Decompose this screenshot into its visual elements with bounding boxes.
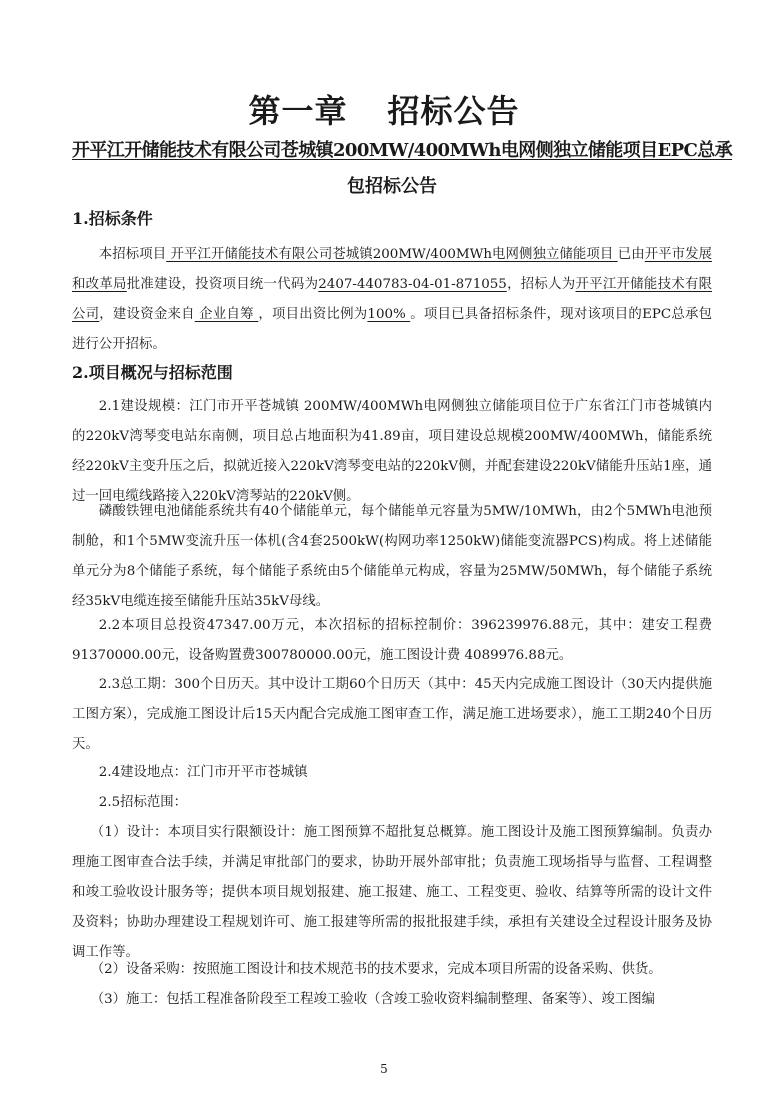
funding-ratio: 100% <box>367 307 410 322</box>
paragraph-2-5: 2.5招标范围： <box>72 788 712 818</box>
page-number: 5 <box>0 1062 768 1076</box>
paragraph-2-2: 2.2本项目总投资47347.00万元，本次招标的招标控制价：396239976… <box>72 611 712 671</box>
section-heading-tender-conditions: 1.招标条件 <box>72 206 153 229</box>
scope-construction: （3）施工：包括工程准备阶段至工程竣工验收（含竣工验收资料编制整理、备案等）、竣… <box>72 985 712 1015</box>
funding-source: 企业自筹 <box>195 307 259 322</box>
paragraph-2-1: 2.1建设规模：江门市开平苍城镇 200MW/400MWh电网侧独立储能项目位于… <box>72 392 712 512</box>
scope-design: （1）设计：本项目实行限额设计：施工图预算不超批复总概算。施工图设计及施工图预算… <box>72 818 712 968</box>
announcement-title-line1: 开平江开储能技术有限公司苍城镇200MW/400MWh电网侧独立储能项目EPC总… <box>72 136 712 162</box>
project-code: 2407-440783-04-01-871055 <box>318 277 507 292</box>
chapter-number: 第一章 <box>248 92 347 130</box>
paragraph-2-1-b: 磷酸铁锂电池储能系统共有40个储能单元，每个储能单元容量为5MW/10MWh，由… <box>72 497 712 617</box>
section-heading-project-overview: 2.项目概况与招标范围 <box>72 360 233 383</box>
tender-conditions-paragraph: 本招标项目 开平江开储能技术有限公司苍城镇200MW/400MWh电网侧独立储能… <box>72 240 712 360</box>
document-page: 第一章招标公告 开平江开储能技术有限公司苍城镇200MW/400MWh电网侧独立… <box>0 0 768 1104</box>
scope-procurement: （2）设备采购：按照施工图设计和技术规范书的技术要求，完成本项目所需的设备采购、… <box>72 955 712 985</box>
paragraph-2-4: 2.4建设地点：江门市开平市苍城镇 <box>72 758 712 788</box>
project-name: 开平江开储能技术有限公司苍城镇200MW/400MWh电网侧独立储能项目 <box>166 247 618 262</box>
paragraph-2-3: 2.3总工期：300个日历天。其中设计工期60个日历天（其中：45天内完成施工图… <box>72 670 712 760</box>
chapter-name: 招标公告 <box>388 92 520 130</box>
announcement-title-line2: 包招标公告 <box>72 172 712 198</box>
chapter-title: 第一章招标公告 <box>0 86 768 132</box>
